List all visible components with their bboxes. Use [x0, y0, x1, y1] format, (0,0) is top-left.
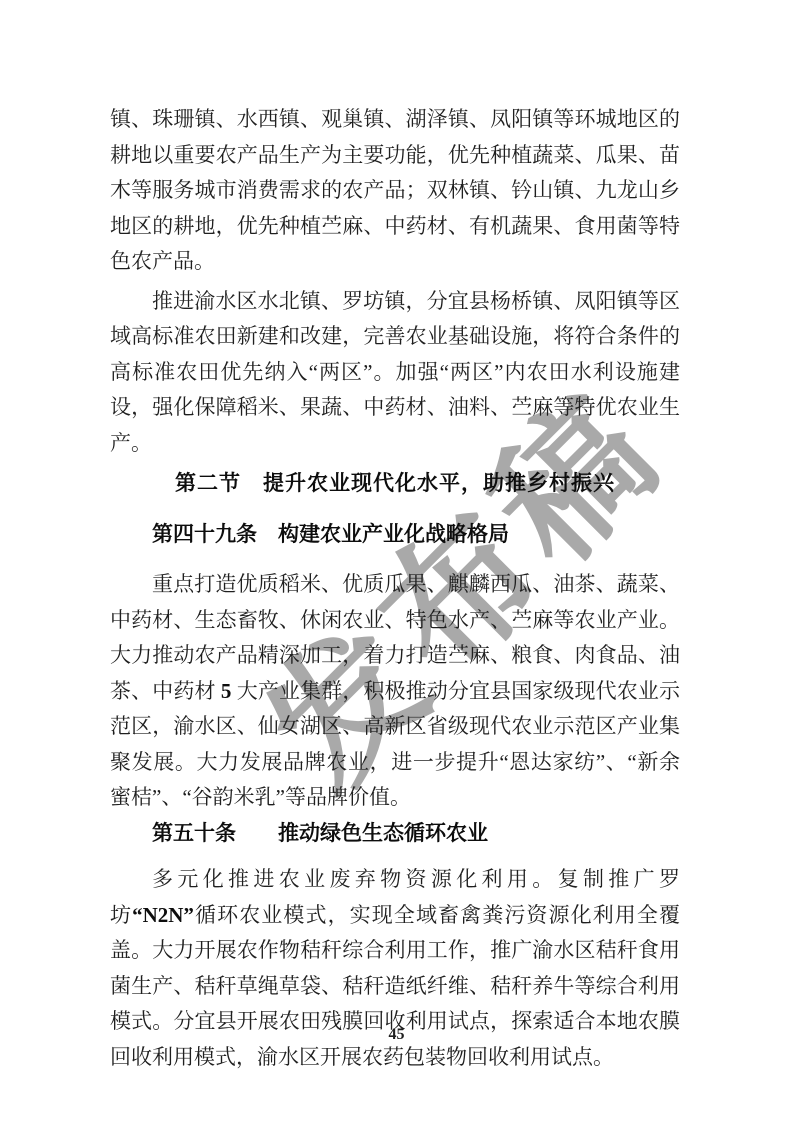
document-page: 发布稿 镇、珠珊镇、水西镇、观巢镇、湖泽镇、凤阳镇等环城地区的耕地以重要农产品生… [0, 0, 793, 1122]
article-50-heading: 第五十条 推动绿色生态循环农业 [110, 816, 680, 852]
bold-n2n-run: “N2N” [132, 903, 194, 927]
paragraph-agriculture-industrialization: 重点打造优质稻米、优质瓜果、麒麟西瓜、油茶、蔬菜、中药材、生态畜牧、休闲农业、特… [110, 567, 680, 816]
bold-number-run: 5 [221, 679, 232, 703]
page-content: 镇、珠珊镇、水西镇、观巢镇、湖泽镇、凤阳镇等环城地区的耕地以重要农产品生产为主要… [110, 0, 680, 1075]
page-number: 45 [0, 1026, 793, 1044]
paragraph-high-standard-farmland: 推进渝水区水北镇、罗坊镇，分宜县杨桥镇、凤阳镇等区域高标准农田新建和改建，完善农… [110, 284, 680, 462]
article-49-heading: 第四十九条 构建农业产业化战略格局 [110, 517, 680, 553]
section-2-heading: 第二节 提升农业现代化水平，助推乡村振兴 [110, 466, 680, 502]
paragraph-cropland-towns: 镇、珠珊镇、水西镇、观巢镇、湖泽镇、凤阳镇等环城地区的耕地以重要农产品生产为主要… [110, 102, 680, 280]
